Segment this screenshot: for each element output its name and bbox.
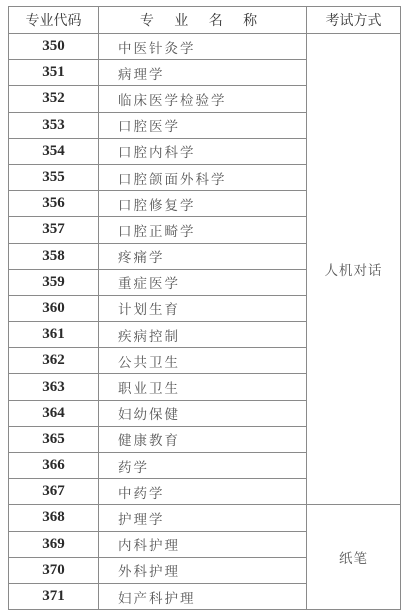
specialty-name: 公共卫生 — [99, 348, 307, 374]
specialty-code: 371 — [9, 583, 99, 609]
specialty-code: 367 — [9, 479, 99, 505]
specialty-code: 358 — [9, 243, 99, 269]
specialty-code: 363 — [9, 374, 99, 400]
specialty-name: 疾病控制 — [99, 322, 307, 348]
table-row: 368护理学纸笔 — [9, 505, 401, 531]
specialty-name: 重症医学 — [99, 269, 307, 295]
specialty-name: 口腔正畸学 — [99, 217, 307, 243]
specialty-code: 368 — [9, 505, 99, 531]
specialty-code: 357 — [9, 217, 99, 243]
specialty-code: 364 — [9, 400, 99, 426]
specialty-code: 354 — [9, 138, 99, 164]
exam-specialty-table: 专业代码 专 业 名 称 考试方式 350中医针灸学人机对话351病理学352临… — [8, 6, 401, 610]
specialty-name: 中药学 — [99, 479, 307, 505]
specialty-name: 中医针灸学 — [99, 34, 307, 60]
specialty-name: 健康教育 — [99, 426, 307, 452]
specialty-code: 355 — [9, 164, 99, 190]
header-row: 专业代码 专 业 名 称 考试方式 — [9, 7, 401, 34]
specialty-name: 口腔修复学 — [99, 191, 307, 217]
specialty-code: 356 — [9, 191, 99, 217]
specialty-name: 口腔颌面外科学 — [99, 164, 307, 190]
header-specialty-name: 专 业 名 称 — [99, 7, 307, 34]
specialty-name: 妇产科护理 — [99, 583, 307, 609]
specialty-code: 350 — [9, 34, 99, 60]
specialty-name: 药学 — [99, 453, 307, 479]
specialty-code: 366 — [9, 453, 99, 479]
exam-mode: 人机对话 — [307, 34, 401, 505]
specialty-code: 351 — [9, 60, 99, 86]
specialty-name: 护理学 — [99, 505, 307, 531]
specialty-code: 353 — [9, 112, 99, 138]
specialty-code: 370 — [9, 557, 99, 583]
specialty-name: 内科护理 — [99, 531, 307, 557]
specialty-code: 362 — [9, 348, 99, 374]
specialty-name: 外科护理 — [99, 557, 307, 583]
specialty-code: 365 — [9, 426, 99, 452]
specialty-code: 360 — [9, 295, 99, 321]
specialty-name: 口腔医学 — [99, 112, 307, 138]
specialty-name: 病理学 — [99, 60, 307, 86]
specialty-name: 临床医学检验学 — [99, 86, 307, 112]
table-row: 350中医针灸学人机对话 — [9, 34, 401, 60]
exam-mode: 纸笔 — [307, 505, 401, 610]
specialty-code: 369 — [9, 531, 99, 557]
header-specialty-code: 专业代码 — [9, 7, 99, 34]
specialty-name: 疼痛学 — [99, 243, 307, 269]
specialty-name: 口腔内科学 — [99, 138, 307, 164]
table-body: 350中医针灸学人机对话351病理学352临床医学检验学353口腔医学354口腔… — [9, 34, 401, 610]
specialty-name: 妇幼保健 — [99, 400, 307, 426]
specialty-name: 计划生育 — [99, 295, 307, 321]
specialty-code: 359 — [9, 269, 99, 295]
header-exam-mode: 考试方式 — [307, 7, 401, 34]
specialty-name: 职业卫生 — [99, 374, 307, 400]
specialty-code: 352 — [9, 86, 99, 112]
specialty-code: 361 — [9, 322, 99, 348]
